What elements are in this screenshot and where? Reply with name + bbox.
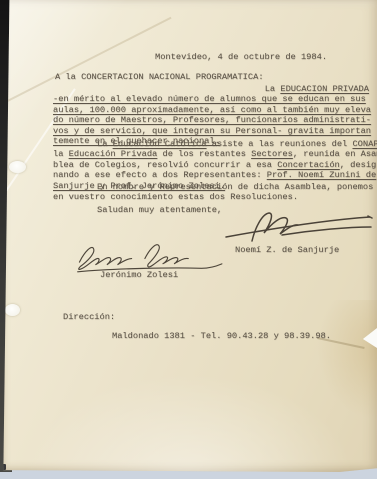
- letter-text-segment: vos y de servicio, que integran su Perso…: [53, 126, 371, 136]
- letter-text-segment: La: [97, 139, 113, 149]
- letter-closing: Saludan muy atentamente,: [97, 205, 222, 215]
- paper-tear-notch: [361, 328, 377, 348]
- typed-name-noemi-sanjurje: Noemí Z. de Sanjurje: [235, 245, 339, 255]
- noemi-sanjurje-signature: [222, 208, 374, 246]
- letter-text-segment: de los restantes: [157, 149, 251, 159]
- letter-text-segment: aulas, 100.000 aproximadamente, así como…: [53, 105, 371, 115]
- letter-text-segment: , desig-: [340, 160, 377, 170]
- letter-text-segment: CONAPRO: [352, 139, 377, 149]
- letter-line: -en mérito al elevado número de alumnos …: [53, 94, 369, 104]
- letter-text-segment: do número de Maestros, Profesores, funci…: [53, 115, 371, 125]
- letter-paper: Montevideo, 4 de octubre de 1984. A la C…: [0, 0, 377, 472]
- letter-date: Montevideo, 4 de octubre de 1984.: [155, 52, 327, 62]
- letter-text-segment: en vuestro conocimiento estas dos Resolu…: [53, 192, 298, 202]
- paper-crease: [0, 360, 377, 472]
- address-label: Dirección:: [63, 312, 115, 322]
- letter-line: blea de Colegios, resolvió concurrir a e…: [53, 160, 369, 170]
- letter-text-segment: la: [53, 149, 69, 159]
- letter-text-segment: Prof. Noemí Zunini de: [267, 170, 376, 180]
- letter-line: En nombre y Representación de dicha Asam…: [53, 182, 369, 192]
- address-value: Maldonado 1381 - Tel. 90.43.28 y 98.39.9…: [112, 331, 331, 341]
- letter-text-segment: blea de Colegios, resolvió concurrir a e…: [53, 160, 277, 170]
- letter-line: nando a ese efecto a dos Representantes:…: [53, 170, 369, 180]
- letter-text-segment: La: [265, 84, 281, 94]
- scanned-letter-page: Montevideo, 4 de octubre de 1984. A la C…: [0, 0, 377, 479]
- hole-punch: [5, 304, 20, 316]
- letter-line: vos y de servicio, que integran su Perso…: [53, 126, 369, 136]
- para-resoluciones: En nombre y Representación de dicha Asam…: [53, 182, 369, 203]
- letter-line: do número de Maestros, Profesores, funci…: [53, 115, 369, 125]
- letter-recipient: A la CONCERTACION NACIONAL PROGRAMATICA:: [55, 72, 264, 82]
- letter-text-segment: nando a ese efecto a dos Representantes:: [53, 170, 267, 180]
- letter-line: aulas, 100.000 aproximadamente, así como…: [53, 105, 369, 115]
- letter-line: la Educación Privada de los restantes Se…: [53, 149, 369, 159]
- hole-punch: [9, 161, 26, 173]
- letter-line: La Educación Católica asiste a las reuni…: [53, 139, 369, 149]
- letter-text-segment: EDUCACION PRIVADA: [280, 84, 369, 94]
- letter-text-segment: Educación Católica: [113, 139, 207, 149]
- letter-text-segment: , reunida en Asam: [293, 149, 377, 159]
- paper-stain: [317, 300, 377, 420]
- letter-text-segment: Educación Privada: [69, 149, 158, 159]
- letter-text-segment: En nombre y Representación de dicha Asam…: [97, 182, 373, 192]
- letter-text-segment: Sectores: [251, 149, 293, 159]
- typed-name-jeronimo-zolesi: Jerónimo Zolesi: [100, 270, 178, 280]
- letter-text-segment: -en mérito al elevado número de alumnos …: [53, 94, 366, 104]
- letter-line: en vuestro conocimiento estas dos Resolu…: [53, 192, 369, 202]
- letter-line: La EDUCACION PRIVADA: [53, 84, 369, 94]
- para-educacion-privada: La EDUCACION PRIVADA-en mérito al elevad…: [53, 84, 369, 146]
- letter-text-segment: Concertación: [277, 160, 340, 170]
- letter-text-segment: asiste a las reuniones del: [206, 139, 352, 149]
